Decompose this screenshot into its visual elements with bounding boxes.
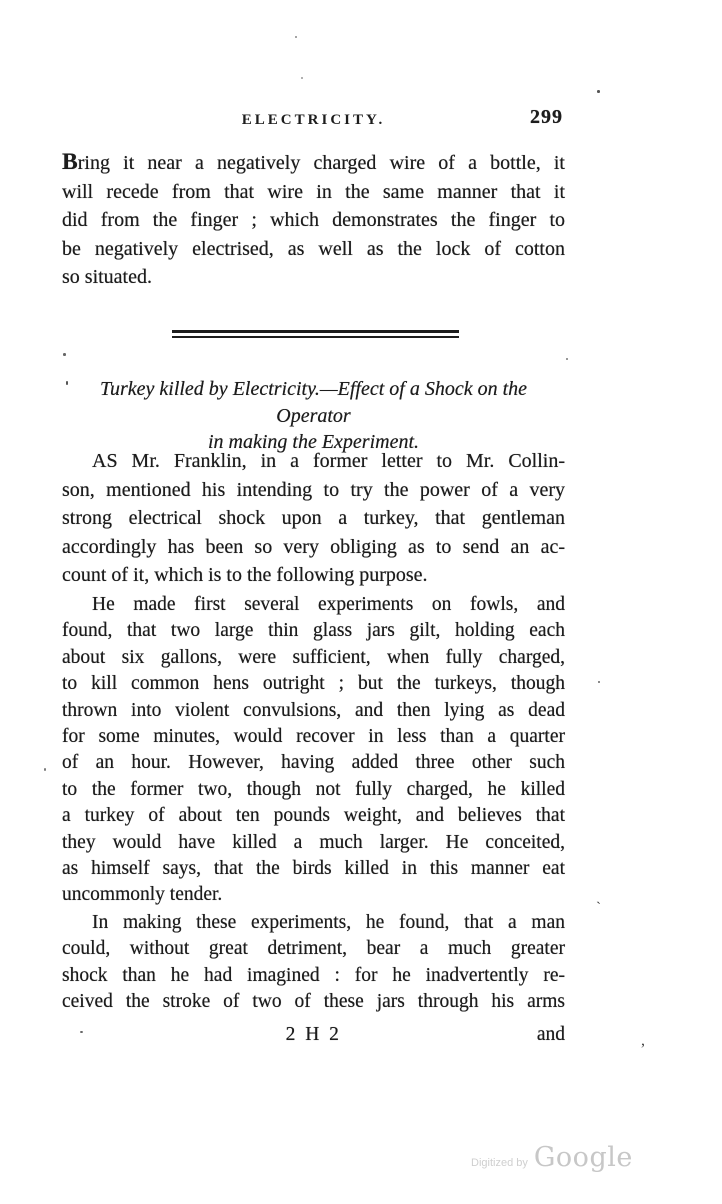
text-line: to kill common hens outright ; but the t… — [62, 671, 565, 697]
section-heading: Turkey killed by Electricity.—Effect of … — [62, 376, 565, 456]
text-line: Turkey killed by Electricity.—Effect of … — [62, 376, 565, 429]
paragraph-4: In making these experiments, he found, t… — [62, 910, 565, 1016]
text-line: He made first several experiments on fow… — [62, 592, 565, 618]
google-watermark: Digitized by Google — [471, 1142, 633, 1173]
scan-speck — [301, 77, 303, 79]
signature-mark: 2 H 2 — [62, 1024, 565, 1046]
google-logo: Google — [534, 1142, 633, 1173]
catchword: and — [537, 1024, 565, 1046]
scan-speck — [66, 381, 68, 385]
text-line: will recede from that wire in the same m… — [62, 178, 565, 207]
text-line: son, mentioned his intending to try the … — [62, 476, 565, 505]
digitized-by-label: Digitized by — [471, 1157, 528, 1169]
text-line: ceived the stroke of two of these jars t… — [62, 989, 565, 1015]
text-line: so situated. — [62, 263, 565, 292]
paragraph-1: Bring it near a negatively charged wire … — [62, 148, 565, 292]
text-line: count of it, which is to the following p… — [62, 561, 565, 590]
scan-speck — [597, 90, 600, 93]
text-line: In making these experiments, he found, t… — [62, 910, 565, 936]
text-line: for some minutes, would recover in less … — [62, 724, 565, 750]
section-divider-rule — [172, 330, 459, 338]
book-page: ELECTRICITY. 299 Bring it near a negativ… — [0, 0, 722, 1204]
scan-speck — [598, 681, 600, 683]
text-line: did from the finger ; which demonstrates… — [62, 206, 565, 235]
text-line: thrown into violent convulsions, and the… — [62, 698, 565, 724]
page-header: ELECTRICITY. 299 — [62, 109, 565, 137]
running-title: ELECTRICITY. — [62, 112, 565, 129]
text-line: about six gallons, were sufficient, when… — [62, 645, 565, 671]
scan-speck — [80, 1031, 83, 1033]
text-line: to the former two, though not fully char… — [62, 777, 565, 803]
text-line: could, without great detriment, bear a m… — [62, 936, 565, 962]
paragraph-3: He made first several experiments on fow… — [62, 592, 565, 909]
text-line: as himself says, that the birds killed i… — [62, 856, 565, 882]
divider-rule-bottom — [172, 336, 459, 338]
text-line: of an hour. However, having added three … — [62, 750, 565, 776]
divider-rule-top — [172, 330, 459, 333]
text-line: Bring it near a negatively charged wire … — [62, 148, 565, 178]
scan-speck — [295, 36, 297, 38]
scan-speck: , — [641, 1032, 645, 1050]
paragraph-2: AS Mr. Franklin, in a former letter to M… — [62, 447, 565, 590]
scan-speck — [566, 358, 568, 360]
text-line: shock than he had imagined : for he inad… — [62, 963, 565, 989]
text-line: accordingly has been so very obliging as… — [62, 533, 565, 562]
scan-speck — [44, 768, 46, 771]
scan-speck — [63, 353, 66, 356]
text-line: they would have killed a much larger. He… — [62, 830, 565, 856]
signature-line: 2 H 2 and — [62, 1024, 565, 1052]
text-line: be negatively electrised, as well as the… — [62, 235, 565, 264]
text-line: uncommonly tender. — [62, 882, 565, 908]
scan-speck: ` — [596, 900, 601, 917]
page-number: 299 — [530, 106, 563, 129]
text-line: AS Mr. Franklin, in a former letter to M… — [62, 447, 565, 476]
text-line: found, that two large thin glass jars gi… — [62, 618, 565, 644]
text-line: a turkey of about ten pounds weight, and… — [62, 803, 565, 829]
text-line: strong electrical shock upon a turkey, t… — [62, 504, 565, 533]
